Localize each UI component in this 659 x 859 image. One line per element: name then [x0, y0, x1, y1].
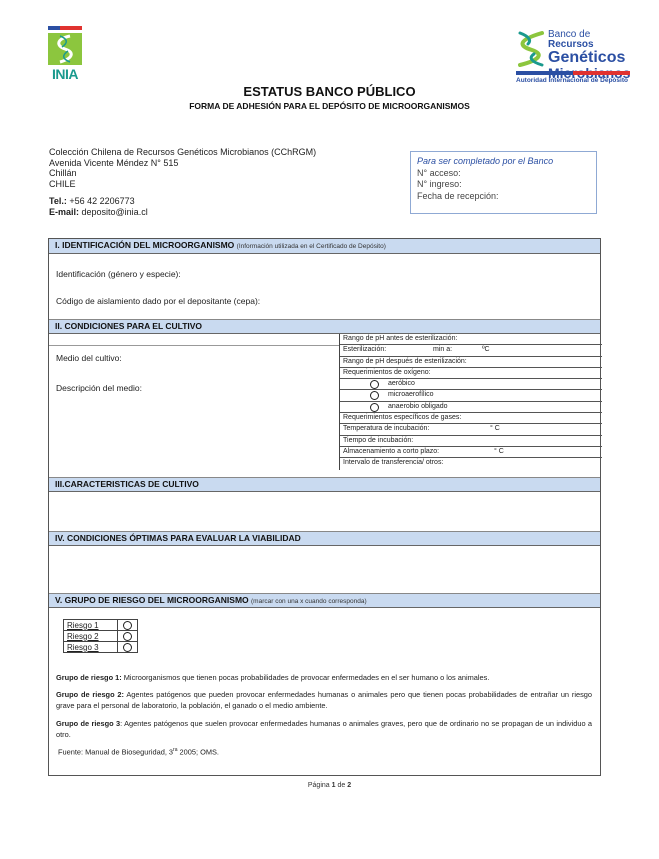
risk-group-1-desc: Grupo de riesgo 1: Microorganismos que t… — [56, 672, 592, 683]
radio-icon[interactable] — [370, 380, 379, 389]
time-label: Tiempo de incubación: — [343, 437, 413, 444]
risk-row: Riesgo 1 — [64, 620, 138, 631]
field-medio-cultivo[interactable]: Medio del cultivo: — [56, 353, 122, 363]
oxygen-option-anaerobio[interactable]: anaerobio obligado — [340, 402, 602, 413]
section-3-title: III.CARACTERISTICAS DE CULTIVO — [55, 479, 199, 489]
grid-row-time[interactable]: Tiempo de incubación: — [340, 436, 602, 447]
risk-group-label: Grupo de riesgo 1: — [56, 673, 122, 682]
storage-unit: ° C — [494, 447, 504, 458]
oxygen-label: Requerimientos de oxígeno: — [343, 369, 431, 376]
section-4-input-area[interactable] — [49, 547, 600, 585]
section-5-title: V. GRUPO DE RIESGO DEL MICROORGANISMO — [55, 595, 251, 605]
risk-row: Riesgo 3 — [64, 642, 138, 653]
bank-box-heading: Para ser completado por el Banco — [417, 156, 590, 168]
banco-recursos-logo: Banco de Recursos Genéticos Microbianos … — [514, 30, 632, 86]
tel-value: +56 42 2206773 — [67, 196, 135, 206]
page-title: ESTATUS BANCO PÚBLICO — [0, 84, 659, 99]
temp-unit: ° C — [490, 424, 500, 435]
risk-group-3-desc: Grupo de riesgo 3: Agentes patógenos que… — [56, 718, 592, 740]
grid-row-sterilization[interactable]: Esterilización: min a: ºC — [340, 345, 602, 356]
oxygen-option-microaerofilico[interactable]: microaerofílico — [340, 390, 602, 401]
grid-row-oxygen: Requerimientos de oxígeno: — [340, 368, 602, 379]
page-mid: de — [336, 782, 348, 789]
bank-field-fecha[interactable]: Fecha de recepción: — [417, 191, 590, 203]
page-prefix: Página — [308, 782, 332, 789]
grid-row-transfer[interactable]: Intervalo de transferencia/ otros: — [340, 458, 602, 469]
risk-label: Riesgo 1 — [64, 620, 118, 631]
grid-row-storage[interactable]: Almacenamiento a corto plazo: ° C — [340, 447, 602, 458]
radio-icon[interactable] — [370, 403, 379, 412]
inia-logo-text: INIA — [48, 66, 82, 82]
section-3-header: III.CARACTERISTICAS DE CULTIVO — [49, 477, 600, 492]
risk-group-label: Grupo de riesgo 2: — [56, 690, 124, 699]
grid-row-ph-after[interactable]: Rango de pH después de esterilización: — [340, 357, 602, 368]
radio-icon[interactable] — [123, 643, 132, 652]
page-subtitle: FORMA DE ADHESIÓN PARA EL DEPÓSITO DE MI… — [0, 101, 659, 111]
source-citation: Fuente: Manual de Bioseguridad, 3ra 2005… — [58, 747, 219, 756]
risk-group-label: Grupo de riesgo 3 — [56, 719, 120, 728]
address-line: Chillán — [49, 168, 316, 179]
transfer-label: Intervalo de transferencia/ otros: — [343, 459, 443, 466]
risk-group-2-desc: Grupo de riesgo 2: Agentes patógenos que… — [56, 689, 592, 711]
section-5-note: (marcar con una x cuando corresponda) — [251, 598, 367, 605]
inia-logo: INIA — [48, 26, 82, 84]
radio-icon[interactable] — [123, 621, 132, 630]
risk-row: Riesgo 2 — [64, 631, 138, 642]
bank-use-box: Para ser completado por el Banco N° acce… — [410, 151, 597, 214]
grid-row-ph-before[interactable]: Rango de pH antes de esterilización: — [340, 334, 602, 345]
address-block: Colección Chilena de Recursos Genéticos … — [49, 147, 316, 189]
gases-label: Requerimientos específicos de gases: — [343, 414, 461, 421]
grid-row-gases[interactable]: Requerimientos específicos de gases: — [340, 413, 602, 424]
option-label: microaerofílico — [388, 390, 434, 401]
ph-after-label: Rango de pH después de esterilización: — [343, 358, 467, 365]
sterilization-unit: ºC — [482, 345, 490, 356]
contact-block: Tel.: +56 42 2206773 E-mail: deposito@in… — [49, 196, 148, 218]
dna-helix-icon — [514, 30, 548, 66]
radio-icon[interactable] — [370, 391, 379, 400]
section-1-note: (Información utilizada en el Certificado… — [237, 243, 386, 250]
logo-tagline: Autoridad Internacional de Depósito — [516, 77, 632, 84]
field-descripcion-medio[interactable]: Descripción del medio: — [56, 383, 142, 393]
option-label: aeróbico — [388, 379, 415, 390]
risk-label: Riesgo 2 — [64, 631, 118, 642]
ph-before-label: Rango de pH antes de esterilización: — [343, 335, 457, 342]
address-line: CHILE — [49, 179, 316, 190]
logo-line2: Genéticos — [548, 50, 632, 66]
sterilization-label: Esterilización: — [343, 346, 386, 353]
oxygen-option-aerobico[interactable]: aeróbico — [340, 379, 602, 390]
risk-label: Riesgo 3 — [64, 642, 118, 653]
section-1-title: I. IDENTIFICACIÓN DEL MICROORGANISMO — [55, 240, 237, 250]
bank-field-ingreso[interactable]: N° ingreso: — [417, 179, 590, 191]
temp-label: Temperatura de incubación: — [343, 425, 429, 432]
address-line: Avenida Vicente Méndez N° 515 — [49, 158, 316, 169]
bank-field-acceso[interactable]: N° acceso: — [417, 168, 590, 180]
page-total: 2 — [347, 782, 351, 789]
section-2-header: II. CONDICIONES PARA EL CULTIVO — [49, 319, 600, 334]
culture-conditions-grid: Rango de pH antes de esterilización: Est… — [339, 334, 602, 470]
email-label: E-mail: — [49, 207, 79, 217]
source-text: 2005; OMS. — [178, 747, 220, 756]
chile-flag-stripe — [48, 26, 82, 30]
deposit-form: I. IDENTIFICACIÓN DEL MICROORGANISMO (In… — [48, 238, 601, 776]
radio-icon[interactable] — [123, 632, 132, 641]
risk-group-text: Microorganismos que tienen pocas probabi… — [122, 673, 490, 682]
risk-group-table: Riesgo 1 Riesgo 2 Riesgo 3 — [63, 619, 138, 653]
inia-helix-icon — [48, 33, 82, 65]
tel-label: Tel.: — [49, 196, 67, 206]
divider — [49, 345, 339, 346]
sterilization-min-label: min a: — [433, 345, 452, 356]
option-label: anaerobio obligado — [388, 402, 448, 413]
storage-label: Almacenamiento a corto plazo: — [343, 448, 439, 455]
section-4-title: IV. CONDICIONES ÓPTIMAS PARA EVALUAR LA … — [55, 533, 301, 543]
field-identificacion[interactable]: Identificación (género y especie): — [56, 269, 181, 279]
page-number: Página 1 de 2 — [0, 782, 659, 789]
logo-color-bar — [516, 71, 630, 75]
risk-group-text: : Agentes patógenos que suelen provocar … — [56, 719, 592, 739]
section-5-header: V. GRUPO DE RIESGO DEL MICROORGANISMO (m… — [49, 593, 600, 608]
email-value[interactable]: deposito@inia.cl — [79, 207, 148, 217]
section-1-header: I. IDENTIFICACIÓN DEL MICROORGANISMO (In… — [49, 239, 600, 254]
section-4-header: IV. CONDICIONES ÓPTIMAS PARA EVALUAR LA … — [49, 531, 600, 546]
address-line: Colección Chilena de Recursos Genéticos … — [49, 147, 316, 158]
source-text: Fuente: Manual de Bioseguridad, 3 — [58, 747, 173, 756]
grid-row-temp[interactable]: Temperatura de incubación: ° C — [340, 424, 602, 435]
section-3-input-area[interactable] — [49, 493, 600, 531]
field-codigo-aislamiento[interactable]: Código de aislamiento dado por el deposi… — [56, 296, 260, 306]
section-2-title: II. CONDICIONES PARA EL CULTIVO — [55, 321, 202, 331]
risk-group-text: Agentes patógenos que pueden provocar en… — [56, 690, 592, 710]
